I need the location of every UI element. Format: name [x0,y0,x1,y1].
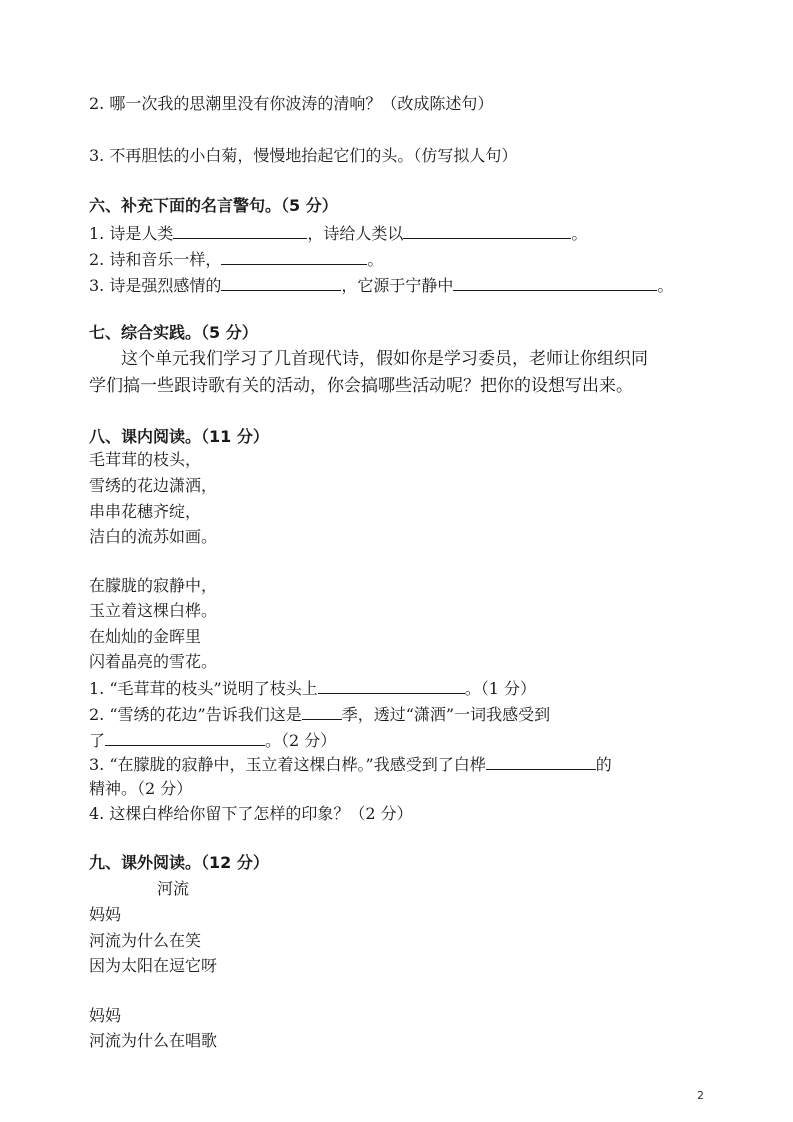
section-8-q4: 4. 这棵白桦给你留下了怎样的印象？（2 分） [89,804,413,824]
poem-line: 串串花穗齐绽， [89,502,201,522]
poem-line: 河流为什么在唱歌 [89,1031,217,1051]
section-8-q2: 2. “雪绣的花边”告诉我们这是季，透过“潇洒”一词我感受到 [89,703,550,725]
section-8-q2-cont: 了。（2 分） [89,729,336,751]
page-number: 2 [697,1089,704,1102]
poem-title: 河流 [157,879,189,899]
poem-line: 因为太阳在逗它呀 [89,956,217,976]
poem-line: 洁白的流苏如画。 [89,527,217,547]
q2-text-c: 了 [89,731,105,750]
q1-text-b: ，诗给人类以 [307,224,403,243]
q1-text: 1. “毛茸茸的枝头”说明了枝头上 [89,679,318,698]
q2-end: 。 [367,250,383,269]
q2-text: 2. 诗和音乐一样， [89,250,221,269]
section-8-heading: 八、课内阅读。（11 分） [89,427,269,447]
q1-end: 。（1 分） [465,679,536,698]
section-8-q3-cont: 精神。（2 分） [89,779,192,799]
fill-blank[interactable] [105,729,265,746]
section-6-heading: 六、补充下面的名言警句。（5 分） [89,196,338,216]
fill-blank[interactable] [403,222,571,239]
poem-line: 玉立着这棵白桦。 [89,601,217,621]
fill-blank[interactable] [173,222,307,239]
section-6-q3: 3. 诗是强烈感情的，它源于宁静中。 [89,274,673,296]
fill-blank[interactable] [302,703,342,720]
q2-text-b: 季，透过“潇洒”一词我感受到 [342,705,550,724]
q2-end: 。（2 分） [265,731,336,750]
q1-end: 。 [571,224,587,243]
fill-blank[interactable] [486,753,596,770]
fill-blank[interactable] [453,274,657,291]
question-personification: 3. 不再胆怯的小白菊，慢慢地抬起它们的头。（仿写拟人句） [89,146,517,166]
poem-line: 雪绣的花边潇洒， [89,476,217,496]
section-7-heading: 七、综合实践。（5 分） [89,323,258,343]
q1-text-a: 1. 诗是人类 [89,224,173,243]
q3-text-a: 3. 诗是强烈感情的 [89,276,221,295]
section-6-q1: 1. 诗是人类，诗给人类以。 [89,222,587,244]
poem-line: 河流为什么在笑 [89,931,201,951]
section-7-paragraph-line1: 这个单元我们学习了几首现代诗，假如你是学习委员，老师让你组织同 [121,349,648,369]
fill-blank[interactable] [221,274,341,291]
q3-end: 。 [657,276,673,295]
poem-line: 妈妈 [89,905,121,925]
poem-line: 毛茸茸的枝头， [89,450,201,470]
section-8-q3: 3. “在朦胧的寂静中，玉立着这棵白桦。”我感受到了白桦的 [89,753,612,775]
section-7-paragraph-line2: 学们搞一些跟诗歌有关的活动，你会搞哪些活动呢？把你的设想写出来。 [89,376,633,396]
section-9-heading: 九、课外阅读。（12 分） [89,853,269,873]
fill-blank[interactable] [318,677,465,694]
poem-line: 妈妈 [89,1006,121,1026]
poem-line: 在灿灿的金晖里 [89,627,201,647]
poem-line: 闪着晶亮的雪花。 [89,652,217,672]
section-8-q1: 1. “毛茸茸的枝头”说明了枝头上。（1 分） [89,677,536,699]
q3-text-a: 3. “在朦胧的寂静中，玉立着这棵白桦。”我感受到了白桦 [89,755,486,774]
fill-blank[interactable] [221,248,367,265]
question-rewrite-statement: 2. 哪一次我的思潮里没有你波涛的清响？（改成陈述句） [89,94,493,114]
q3-text-b: 的 [596,755,612,774]
q3-text-b: ，它源于宁静中 [341,276,453,295]
section-6-q2: 2. 诗和音乐一样，。 [89,248,383,270]
poem-line: 在朦胧的寂静中， [89,576,217,596]
q2-text-a: 2. “雪绣的花边”告诉我们这是 [89,705,302,724]
